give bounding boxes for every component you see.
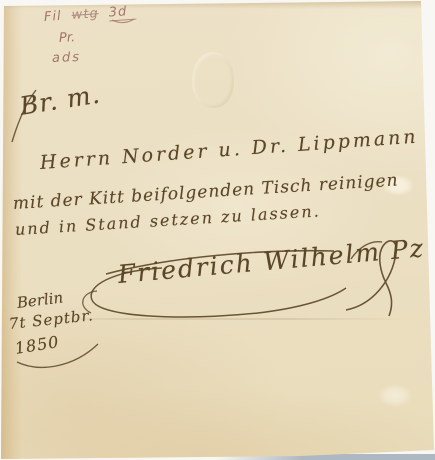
embossed-seal xyxy=(192,52,234,108)
pencil-note-number: 3d xyxy=(108,4,136,22)
pencil-note-prefix: Fil xyxy=(43,9,62,25)
body-line-1: Herrn Norder u. Dr. Lippmann xyxy=(39,126,419,174)
aged-paper-sheet: Fil wtg 3d Pr. ads Br. m. Herrn Norder u… xyxy=(0,0,435,460)
dateline-place: Berlin xyxy=(16,288,64,312)
pencil-note-struck-word: wtg xyxy=(71,6,99,23)
ink-header-abbreviation: Br. m. xyxy=(18,79,103,120)
damage-spot xyxy=(377,384,413,407)
manuscript-scan: Fil wtg 3d Pr. ads Br. m. Herrn Norder u… xyxy=(0,0,435,460)
pencil-note-line-2: Pr. xyxy=(59,30,76,46)
signature-text: Friedrich Wilhelm Pz xyxy=(117,233,426,289)
pencil-note-line-3: ads xyxy=(52,50,82,66)
